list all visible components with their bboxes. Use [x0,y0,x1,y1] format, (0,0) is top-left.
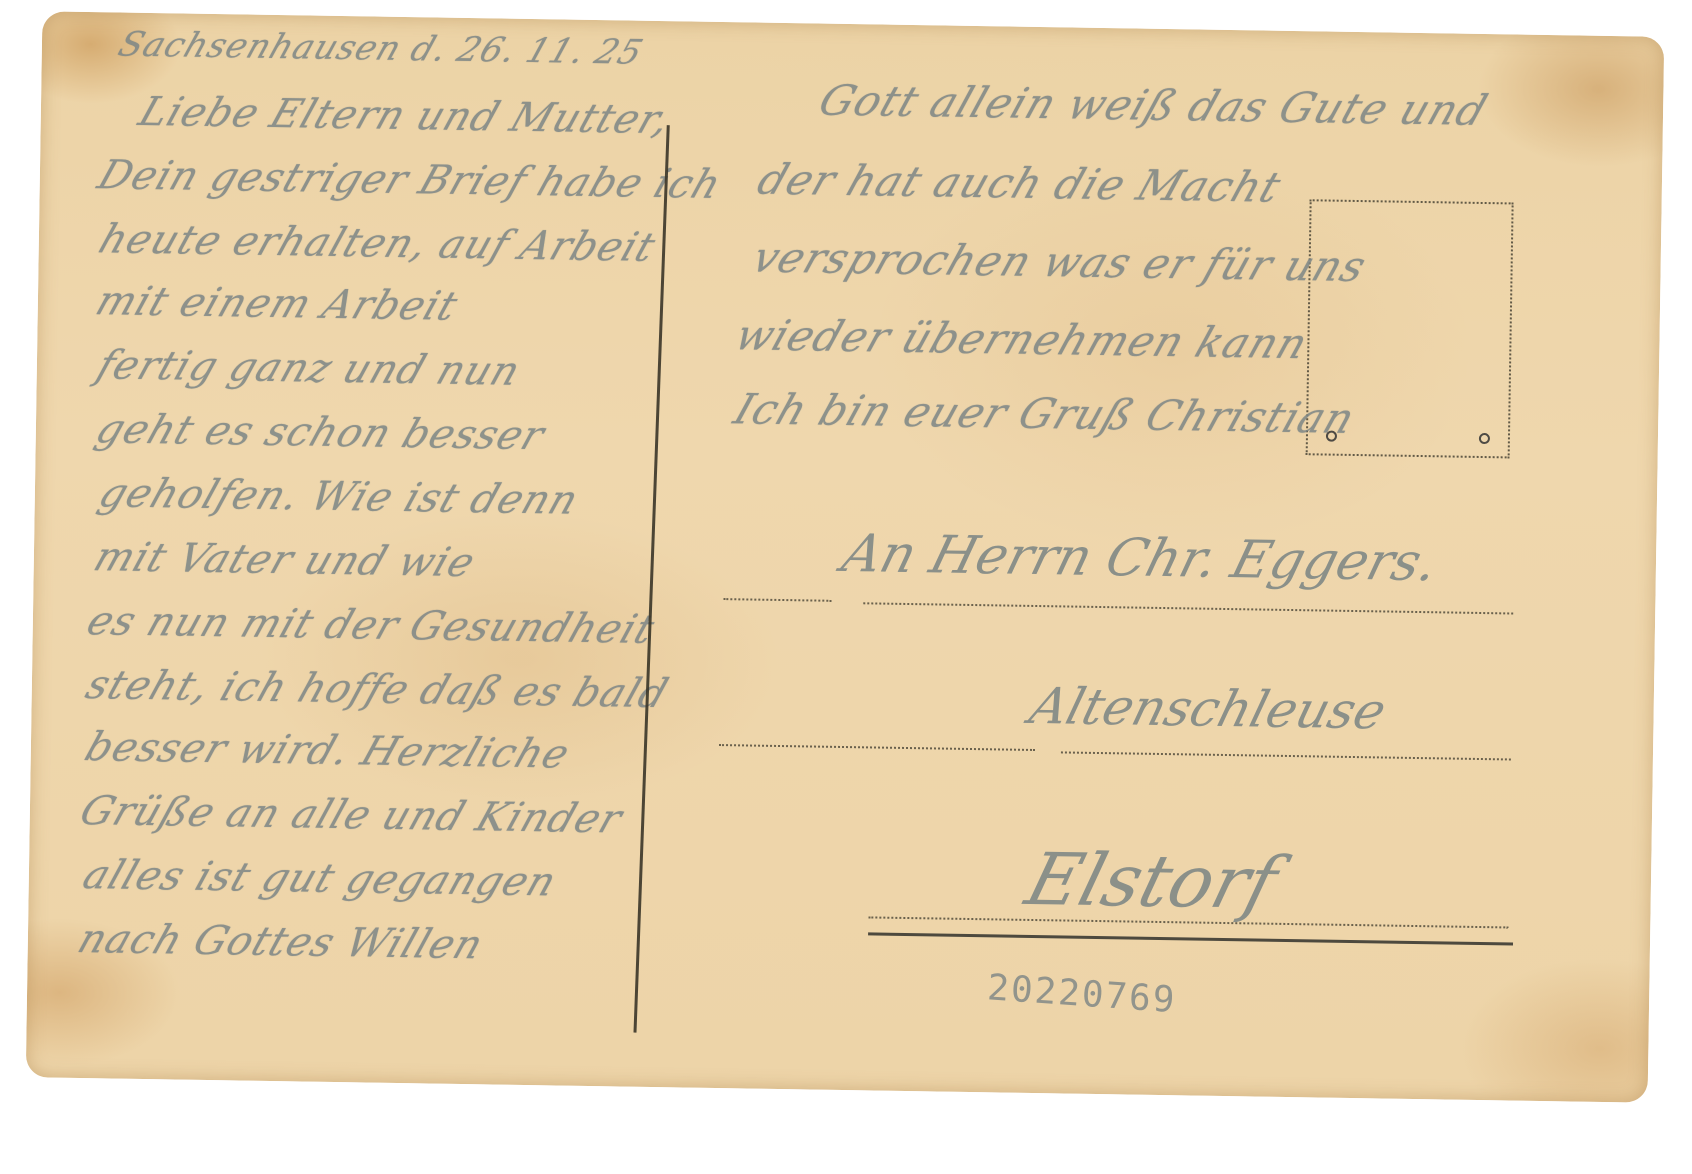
message-line: Grüße an alle und Kinder [74,788,628,842]
message-line: wieder übernehmen kann [729,310,1315,368]
postcard: Sachsenhausen d. 26. 11. 25 Liebe Eltern… [26,11,1665,1102]
message-line: geholfen. Wie ist denn [93,470,585,523]
message-line: mit Vater und wie [88,534,481,586]
message-line: nach Gottes Willen [72,916,489,968]
message-line: es nun mit der Gesundheit [81,598,661,653]
address-dotted-line [723,598,831,602]
message-line: steht, ich hoffe daß es bald [80,662,674,717]
message-line: heute erhalten, auf Arbeit [93,216,662,270]
message-left: Sachsenhausen d. 26. 11. 25 Liebe Eltern… [42,11,1664,36]
message-line: Ich bin euer Gruß Christian [728,384,1362,442]
archive-number: 20220769 [986,967,1178,1021]
stamp-corner-dot [1479,433,1490,444]
message-line: mit einem Arbeit [90,278,464,329]
address-solid-underline [868,932,1513,945]
message-line: Liebe Eltern und Mutter, [133,89,677,143]
message-line: fertig ganz und nun [91,342,527,394]
message-line: geht es schon besser [90,406,551,459]
recipient-town: Elstorf [1018,837,1286,925]
recipient-name: An Herrn Chr. Eggers. [836,524,1444,593]
address-dotted-line [719,744,1035,751]
address-dotted-line [1061,751,1511,760]
message-line: alles ist gut gegangen [77,852,563,905]
message-line: Dein gestriger Brief habe ich [92,152,728,207]
message-line: Gott allein weiß das Gute und [813,76,1494,135]
recipient-street: Altenschleuse [1024,677,1392,740]
message-line: besser wird. Herzliche [79,724,576,777]
date-line: Sachsenhausen d. 26. 11. 25 [113,25,648,73]
message-line: der hat auch die Macht [752,155,1288,212]
message-line: versprochen was er für uns [746,233,1373,291]
address-dotted-line [863,602,1513,614]
